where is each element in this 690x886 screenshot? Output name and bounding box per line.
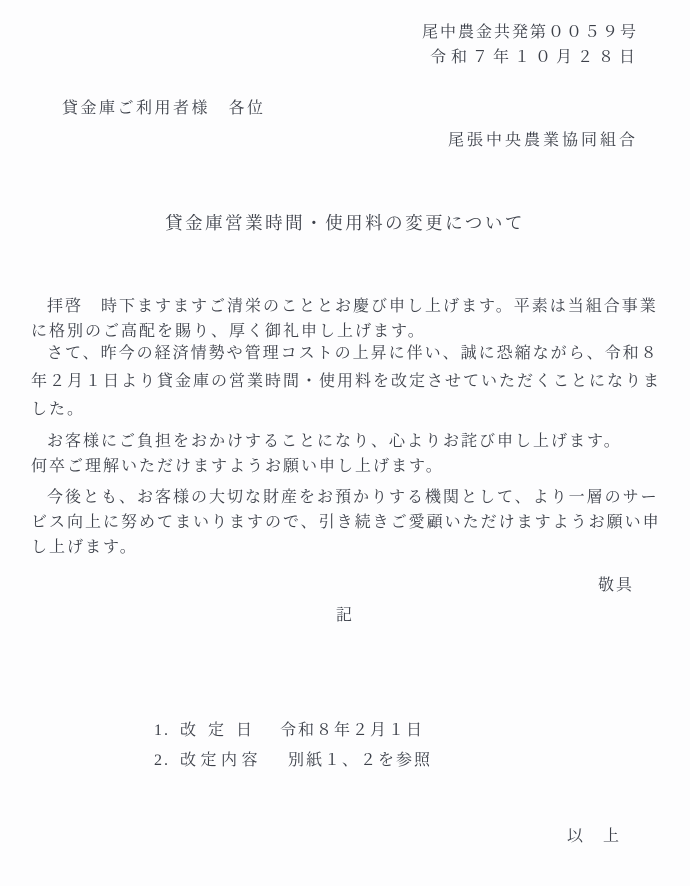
item-value: 別紙１、２を参照 (288, 752, 432, 769)
doc-number: 尾中農金共発第００５９号 (422, 23, 638, 43)
record-marker: 記 (0, 606, 690, 626)
item-number: 2. (154, 752, 170, 769)
document-title: 貸金庫営業時間・使用料の変更について (0, 211, 690, 235)
body-paragraph-greeting: 拝啓 時下ますますご清栄のこととお慶び申し上げます。平素は当組合事業 に格別のご… (31, 294, 671, 344)
sender-name: 尾張中央農業協同組合 (448, 131, 638, 151)
body-paragraph-announcement: さて、昨今の経済情勢や管理コストの上昇に伴い、誠に恐縮ながら、令和８ 年２月１日… (31, 340, 671, 424)
end-marker: 以 上 (567, 827, 621, 847)
letter-page: 尾中農金共発第００５９号 令和７年１０月２８日 貸金庫ご利用者様 各位 尾張中央… (0, 0, 690, 886)
closing-keigu: 敬具 (598, 576, 634, 596)
issue-date: 令和７年１０月２８日 (430, 48, 640, 68)
revision-content-item: 2.改定内容別紙１、２を参照 (130, 731, 432, 791)
body-paragraph-apology: お客様にご負担をおかけすることになり、心よりお詫び申し上げます。 何卒ご理解いた… (31, 429, 671, 479)
item-label: 改定内容 (180, 752, 262, 769)
body-paragraph-commitment: 今後とも、お客様の大切な財産をお預かりする機関として、より一層のサー ビス向上に… (31, 485, 671, 560)
addressee: 貸金庫ご利用者様 各位 (62, 99, 266, 119)
